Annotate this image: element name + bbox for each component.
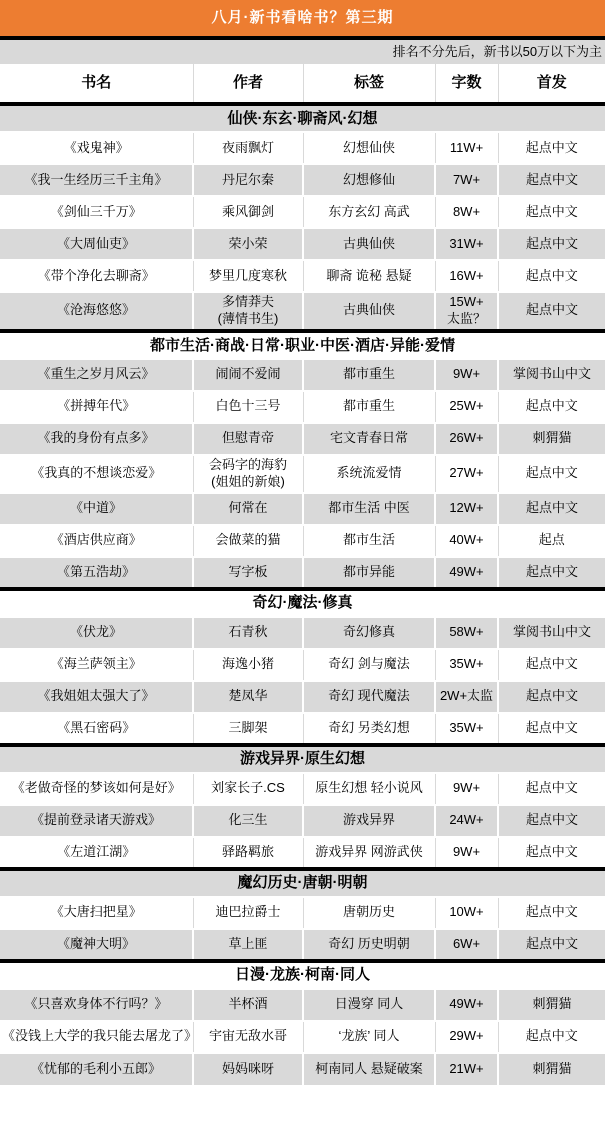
book-title-cell: 《酒店供应商》 bbox=[0, 525, 193, 557]
author-cell: 海逸小猪 bbox=[193, 649, 303, 681]
site-cell: 掌阅书山中文 bbox=[498, 359, 605, 391]
book-title-cell: 《老做奇怪的梦该如何是好》 bbox=[0, 773, 193, 805]
table-row: 《重生之岁月风云》闹闹不爱闹都市重生9W+掌阅书山中文 bbox=[0, 359, 605, 391]
site-cell: 起点中文 bbox=[498, 493, 605, 525]
tags-cell: 奇幻 历史明朝 bbox=[303, 929, 435, 961]
book-title-cell: 《拼搏年代》 bbox=[0, 391, 193, 423]
table-row: 《没钱上大学的我只能去屠龙了》宇宙无敌水哥‘龙族’ 同人29W+起点中文 bbox=[0, 1021, 605, 1053]
word-count-cell: 7W+ bbox=[435, 164, 498, 196]
site-cell: 起点中文 bbox=[498, 391, 605, 423]
site-cell: 起点中文 bbox=[498, 713, 605, 745]
tags-cell: 奇幻 剑与魔法 bbox=[303, 649, 435, 681]
table-row: 《大唐扫把星》迪巴拉爵士唐朝历史10W+起点中文 bbox=[0, 897, 605, 929]
author-cell: 化三生 bbox=[193, 805, 303, 837]
table-row: 《酒店供应商》会做菜的猫都市生活40W+起点 bbox=[0, 525, 605, 557]
table-row: 《中道》何常在都市生活 中医12W+起点中文 bbox=[0, 493, 605, 525]
table-row: 《剑仙三千万》乘风御剑东方玄幻 高武8W+起点中文 bbox=[0, 196, 605, 228]
author-cell: 荣小荣 bbox=[193, 228, 303, 260]
tags-cell: 都市生活 中医 bbox=[303, 493, 435, 525]
book-title-cell: 《大周仙吏》 bbox=[0, 228, 193, 260]
site-cell: 刺猬猫 bbox=[498, 423, 605, 455]
site-cell: 起点中文 bbox=[498, 292, 605, 331]
section-header-label: 魔幻历史·唐朝·明朝 bbox=[0, 869, 605, 897]
table-row: 《第五浩劫》写字板都市异能49W+起点中文 bbox=[0, 557, 605, 589]
tags-cell: 都市重生 bbox=[303, 359, 435, 391]
site-cell: 起点中文 bbox=[498, 260, 605, 292]
tags-cell: 柯南同人 悬疑破案 bbox=[303, 1053, 435, 1085]
table-row: 《拼搏年代》白色十三号都市重生25W+起点中文 bbox=[0, 391, 605, 423]
table-row: 《魔神大明》草上匪奇幻 历史明朝6W+起点中文 bbox=[0, 929, 605, 961]
tags-cell: 幻想仙侠 bbox=[303, 132, 435, 164]
word-count-cell: 40W+ bbox=[435, 525, 498, 557]
section-header-row: 仙侠·东玄·聊斋风·幻想 bbox=[0, 104, 605, 132]
column-header-site: 首发 bbox=[498, 64, 605, 104]
tags-cell: 宅文青春日常 bbox=[303, 423, 435, 455]
column-header-author: 作者 bbox=[193, 64, 303, 104]
book-title-cell: 《第五浩劫》 bbox=[0, 557, 193, 589]
book-title-cell: 《我的身份有点多》 bbox=[0, 423, 193, 455]
author-cell: 半杯酒 bbox=[193, 989, 303, 1021]
table-row: 《黑石密码》三脚架奇幻 另类幻想35W+起点中文 bbox=[0, 713, 605, 745]
author-cell: 梦里几度寒秋 bbox=[193, 260, 303, 292]
title-bar: 八月·新书看啥书？第三期 bbox=[0, 0, 605, 38]
author-cell: 何常在 bbox=[193, 493, 303, 525]
site-cell: 起点中文 bbox=[498, 1021, 605, 1053]
site-cell: 起点中文 bbox=[498, 455, 605, 493]
section-header-label: 日漫·龙族·柯南·同人 bbox=[0, 961, 605, 989]
word-count-cell: 26W+ bbox=[435, 423, 498, 455]
table-row: 《我姐姐太强大了》楚凤华奇幻 现代魔法2W+太监起点中文 bbox=[0, 681, 605, 713]
book-title-cell: 《海兰萨领主》 bbox=[0, 649, 193, 681]
author-cell: 会做菜的猫 bbox=[193, 525, 303, 557]
site-cell: 刺猬猫 bbox=[498, 989, 605, 1021]
tags-cell: 原生幻想 轻小说风 bbox=[303, 773, 435, 805]
tags-cell: 聊斋 诡秘 悬疑 bbox=[303, 260, 435, 292]
word-count-cell: 9W+ bbox=[435, 837, 498, 869]
word-count-cell: 11W+ bbox=[435, 132, 498, 164]
book-title-cell: 《我一生经历三千主角》 bbox=[0, 164, 193, 196]
table-row: 《海兰萨领主》海逸小猪奇幻 剑与魔法35W+起点中文 bbox=[0, 649, 605, 681]
table-row: 《老做奇怪的梦该如何是好》刘家长子.CS原生幻想 轻小说风9W+起点中文 bbox=[0, 773, 605, 805]
site-cell: 起点中文 bbox=[498, 681, 605, 713]
word-count-cell: 35W+ bbox=[435, 649, 498, 681]
site-cell: 刺猬猫 bbox=[498, 1053, 605, 1085]
book-title-cell: 《忧郁的毛利小五郎》 bbox=[0, 1053, 193, 1085]
book-title-cell: 《沧海悠悠》 bbox=[0, 292, 193, 331]
book-title-cell: 《戏鬼神》 bbox=[0, 132, 193, 164]
book-title-cell: 《我真的不想谈恋爱》 bbox=[0, 455, 193, 493]
tags-cell: 日漫穿 同人 bbox=[303, 989, 435, 1021]
author-cell: 迪巴拉爵士 bbox=[193, 897, 303, 929]
tags-cell: 游戏异界 网游武侠 bbox=[303, 837, 435, 869]
author-cell: 楚凤华 bbox=[193, 681, 303, 713]
section-header-label: 都市生活·商战·日常·职业·中医·酒店·异能·爱情 bbox=[0, 331, 605, 359]
word-count-cell: 49W+ bbox=[435, 989, 498, 1021]
book-title-cell: 《剑仙三千万》 bbox=[0, 196, 193, 228]
section-header-row: 都市生活·商战·日常·职业·中医·酒店·异能·爱情 bbox=[0, 331, 605, 359]
word-count-cell: 21W+ bbox=[435, 1053, 498, 1085]
word-count-cell: 58W+ bbox=[435, 617, 498, 649]
column-header-tags: 标签 bbox=[303, 64, 435, 104]
table-row: 《戏鬼神》夜雨飘灯幻想仙侠11W+起点中文 bbox=[0, 132, 605, 164]
site-cell: 起点中文 bbox=[498, 557, 605, 589]
column-header-row: 书名 作者 标签 字数 首发 bbox=[0, 64, 605, 104]
author-cell: 驿路羁旅 bbox=[193, 837, 303, 869]
tags-cell: 古典仙侠 bbox=[303, 228, 435, 260]
table-row: 《带个净化去聊斋》梦里几度寒秋聊斋 诡秘 悬疑16W+起点中文 bbox=[0, 260, 605, 292]
table-row: 《大周仙吏》荣小荣古典仙侠31W+起点中文 bbox=[0, 228, 605, 260]
tags-cell: 古典仙侠 bbox=[303, 292, 435, 331]
tags-cell: 都市重生 bbox=[303, 391, 435, 423]
book-title-cell: 《左道江湖》 bbox=[0, 837, 193, 869]
tags-cell: ‘龙族’ 同人 bbox=[303, 1021, 435, 1053]
section-header-row: 游戏异界·原生幻想 bbox=[0, 745, 605, 773]
author-cell: 宇宙无敌水哥 bbox=[193, 1021, 303, 1053]
author-cell: 石青秋 bbox=[193, 617, 303, 649]
note-row: 排名不分先后，新书以50万以下为主 bbox=[0, 38, 605, 64]
word-count-cell: 35W+ bbox=[435, 713, 498, 745]
author-cell: 写字板 bbox=[193, 557, 303, 589]
word-count-cell: 9W+ bbox=[435, 773, 498, 805]
site-cell: 起点中文 bbox=[498, 897, 605, 929]
author-cell: 闹闹不爱闹 bbox=[193, 359, 303, 391]
site-cell: 起点中文 bbox=[498, 929, 605, 961]
tags-cell: 都市生活 bbox=[303, 525, 435, 557]
word-count-cell: 25W+ bbox=[435, 391, 498, 423]
section-header-label: 游戏异界·原生幻想 bbox=[0, 745, 605, 773]
section-header-label: 仙侠·东玄·聊斋风·幻想 bbox=[0, 104, 605, 132]
book-title-cell: 《魔神大明》 bbox=[0, 929, 193, 961]
author-cell: 乘风御剑 bbox=[193, 196, 303, 228]
table-row: 《左道江湖》驿路羁旅游戏异界 网游武侠9W+起点中文 bbox=[0, 837, 605, 869]
word-count-cell: 16W+ bbox=[435, 260, 498, 292]
ranking-note: 排名不分先后，新书以50万以下为主 bbox=[0, 38, 605, 64]
tags-cell: 唐朝历史 bbox=[303, 897, 435, 929]
word-count-cell: 29W+ bbox=[435, 1021, 498, 1053]
word-count-cell: 9W+ bbox=[435, 359, 498, 391]
tags-cell: 都市异能 bbox=[303, 557, 435, 589]
author-cell: 妈妈咪呀 bbox=[193, 1053, 303, 1085]
word-count-cell: 31W+ bbox=[435, 228, 498, 260]
author-cell: 丹尼尔秦 bbox=[193, 164, 303, 196]
site-cell: 起点中文 bbox=[498, 228, 605, 260]
site-cell: 起点中文 bbox=[498, 164, 605, 196]
site-cell: 起点中文 bbox=[498, 649, 605, 681]
site-cell: 掌阅书山中文 bbox=[498, 617, 605, 649]
word-count-cell: 12W+ bbox=[435, 493, 498, 525]
site-cell: 起点中文 bbox=[498, 773, 605, 805]
book-title-cell: 《黑石密码》 bbox=[0, 713, 193, 745]
author-cell: 会码字的海豹 (姐姐的新娘) bbox=[193, 455, 303, 493]
book-title-cell: 《重生之岁月风云》 bbox=[0, 359, 193, 391]
column-header-book-title: 书名 bbox=[0, 64, 193, 104]
tags-cell: 东方玄幻 高武 bbox=[303, 196, 435, 228]
book-title-cell: 《只喜欢身体不行吗？》 bbox=[0, 989, 193, 1021]
tags-cell: 游戏异界 bbox=[303, 805, 435, 837]
author-cell: 白色十三号 bbox=[193, 391, 303, 423]
word-count-cell: 49W+ bbox=[435, 557, 498, 589]
book-title-cell: 《伏龙》 bbox=[0, 617, 193, 649]
site-cell: 起点中文 bbox=[498, 196, 605, 228]
book-title-cell: 《我姐姐太强大了》 bbox=[0, 681, 193, 713]
word-count-cell: 15W+ 太监？ bbox=[435, 292, 498, 331]
word-count-cell: 6W+ bbox=[435, 929, 498, 961]
site-cell: 起点中文 bbox=[498, 805, 605, 837]
new-books-table: 八月·新书看啥书？第三期 排名不分先后，新书以50万以下为主 书名 作者 标签 … bbox=[0, 0, 605, 1085]
table-row: 《沧海悠悠》多情莽夫 (薄情书生)古典仙侠15W+ 太监？起点中文 bbox=[0, 292, 605, 331]
book-title-cell: 《中道》 bbox=[0, 493, 193, 525]
author-cell: 草上匪 bbox=[193, 929, 303, 961]
author-cell: 刘家长子.CS bbox=[193, 773, 303, 805]
book-title-cell: 《提前登录诸天游戏》 bbox=[0, 805, 193, 837]
section-header-label: 奇幻·魔法·修真 bbox=[0, 589, 605, 617]
site-cell: 起点中文 bbox=[498, 132, 605, 164]
word-count-cell: 2W+太监 bbox=[435, 681, 498, 713]
word-count-cell: 27W+ bbox=[435, 455, 498, 493]
tags-cell: 奇幻 另类幻想 bbox=[303, 713, 435, 745]
table-row: 《忧郁的毛利小五郎》妈妈咪呀柯南同人 悬疑破案21W+刺猬猫 bbox=[0, 1053, 605, 1085]
section-header-row: 奇幻·魔法·修真 bbox=[0, 589, 605, 617]
book-title-cell: 《大唐扫把星》 bbox=[0, 897, 193, 929]
tags-cell: 奇幻 现代魔法 bbox=[303, 681, 435, 713]
tags-cell: 系统流爱情 bbox=[303, 455, 435, 493]
book-title-cell: 《没钱上大学的我只能去屠龙了》 bbox=[0, 1021, 193, 1053]
author-cell: 但慰青帝 bbox=[193, 423, 303, 455]
tags-cell: 奇幻修真 bbox=[303, 617, 435, 649]
author-cell: 多情莽夫 (薄情书生) bbox=[193, 292, 303, 331]
page-title: 八月·新书看啥书？第三期 bbox=[0, 0, 605, 38]
tags-cell: 幻想修仙 bbox=[303, 164, 435, 196]
author-cell: 三脚架 bbox=[193, 713, 303, 745]
table-row: 《伏龙》石青秋奇幻修真58W+掌阅书山中文 bbox=[0, 617, 605, 649]
site-cell: 起点中文 bbox=[498, 837, 605, 869]
table-row: 《我真的不想谈恋爱》会码字的海豹 (姐姐的新娘)系统流爱情27W+起点中文 bbox=[0, 455, 605, 493]
section-header-row: 日漫·龙族·柯南·同人 bbox=[0, 961, 605, 989]
word-count-cell: 8W+ bbox=[435, 196, 498, 228]
table-row: 《我一生经历三千主角》丹尼尔秦幻想修仙7W+起点中文 bbox=[0, 164, 605, 196]
table-row: 《我的身份有点多》但慰青帝宅文青春日常26W+刺猬猫 bbox=[0, 423, 605, 455]
column-header-word-count: 字数 bbox=[435, 64, 498, 104]
table-row: 《提前登录诸天游戏》化三生游戏异界24W+起点中文 bbox=[0, 805, 605, 837]
table-row: 《只喜欢身体不行吗？》半杯酒日漫穿 同人49W+刺猬猫 bbox=[0, 989, 605, 1021]
author-cell: 夜雨飘灯 bbox=[193, 132, 303, 164]
section-header-row: 魔幻历史·唐朝·明朝 bbox=[0, 869, 605, 897]
word-count-cell: 24W+ bbox=[435, 805, 498, 837]
word-count-cell: 10W+ bbox=[435, 897, 498, 929]
book-title-cell: 《带个净化去聊斋》 bbox=[0, 260, 193, 292]
site-cell: 起点 bbox=[498, 525, 605, 557]
